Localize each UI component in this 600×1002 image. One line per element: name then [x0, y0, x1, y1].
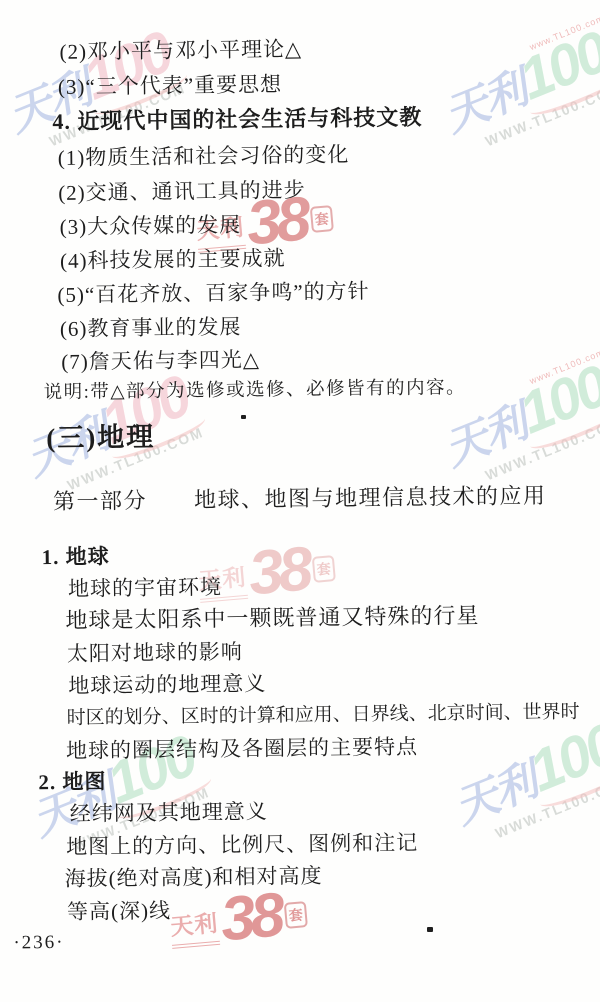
syllabus-item: (7)詹天佑与李四光△ [61, 348, 260, 374]
syllabus-item: (1)物质生活和社会习俗的变化 [58, 143, 350, 170]
syllabus-item: 地球的宇宙环境 [68, 576, 222, 601]
syllabus-item: (2)邓小平与邓小平理论△ [59, 38, 302, 64]
topic-1-earth-heading: 1. 地球 [42, 545, 110, 569]
ink-speck [427, 927, 433, 932]
syllabus-item: 地图上的方向、比例尺、图例和注记 [66, 832, 418, 859]
syllabus-item: (6)教育事业的发展 [60, 316, 242, 341]
syllabus-item: (2)交通、通讯工具的进步 [58, 179, 306, 205]
syllabus-item: (3)“三个代表”重要思想 [58, 73, 282, 99]
section-geography-heading: (三)地理 [46, 423, 155, 454]
syllabus-item: 时区的划分、区时的计算和应用、日界线、北京时间、世界时 [67, 703, 580, 730]
syllabus-item: (5)“百花齐放、百家争鸣”的方针 [57, 280, 369, 307]
syllabus-item: 地球的圈层结构及各圈层的主要特点 [66, 736, 418, 763]
note-line: 说明:带△部分为选修或选修、必修皆有的内容。 [44, 378, 467, 404]
topic-2-map-heading: 2. 地图 [38, 770, 106, 794]
syllabus-item: 太阳对地球的影响 [67, 641, 243, 666]
syllabus-item: (4)科技发展的主要成就 [60, 247, 286, 273]
part-1-heading: 第一部分 地球、地图与地理信息技术的应用 [53, 484, 547, 514]
syllabus-item: 海拔(绝对高度)和相对高度 [64, 865, 322, 891]
document-text: (2)邓小平与邓小平理论△ (3)“三个代表”重要思想 4. 近现代中国的社会生… [0, 0, 600, 1002]
syllabus-item: 地球是太阳系中一颗既普通又特殊的行星 [65, 604, 479, 633]
ink-speck [241, 415, 246, 419]
section-4-heading: 4. 近现代中国的社会生活与科技文教 [52, 105, 422, 134]
syllabus-item: 经纬网及其地理意义 [70, 800, 268, 826]
syllabus-item: (3)大众传媒的发展 [60, 214, 242, 239]
syllabus-item: 等高(深)线 [67, 900, 171, 924]
page-number: ·236· [13, 933, 64, 955]
scanned-page: www.TL100.com 天利100 WWW.TL100.COM www.TL… [0, 0, 600, 1002]
syllabus-item: 地球运动的地理意义 [68, 672, 266, 698]
